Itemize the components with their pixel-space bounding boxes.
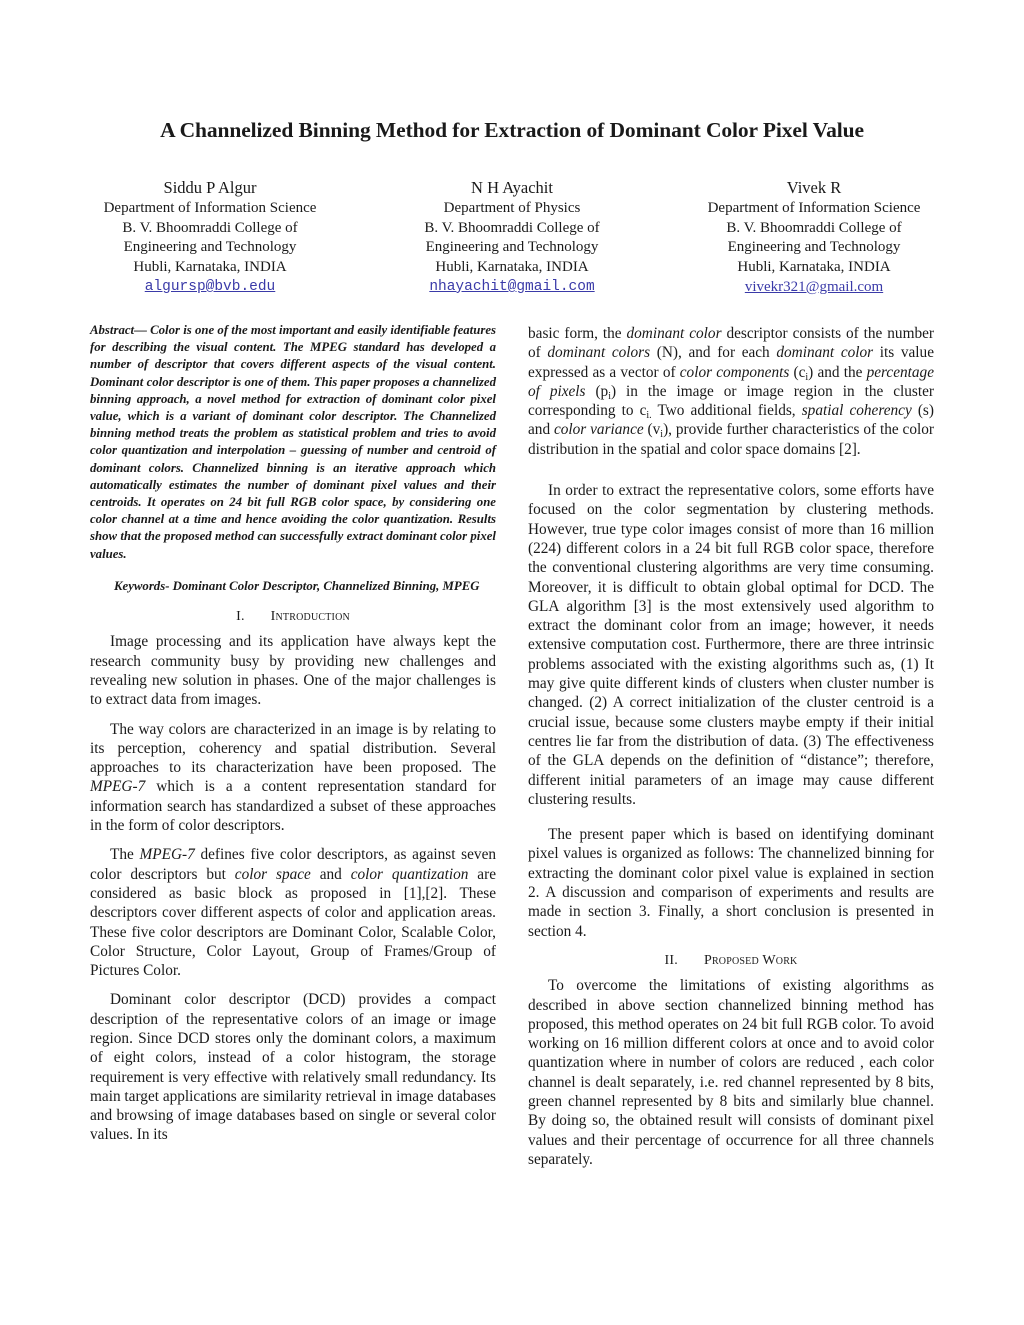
text-run: and — [311, 866, 351, 883]
text-run: which is a a content representation stan… — [90, 778, 496, 834]
author-email-link[interactable]: vivekr321@gmail.com — [664, 278, 964, 298]
text-run: basic form, the — [528, 325, 627, 342]
author-name: Siddu P Algur — [60, 176, 360, 199]
section-heading-proposed-work: II.Proposed Work — [528, 951, 934, 970]
emphasis: spatial coherency — [802, 402, 912, 419]
emphasis: MPEG-7 — [90, 778, 145, 795]
left-column: Abstract— Color is one of the most impor… — [90, 322, 496, 1155]
author-location: Hubli, Karnataka, INDIA — [60, 258, 360, 278]
intro-paragraph-3: The MPEG-7 defines five color descriptor… — [90, 845, 496, 980]
author-department: Department of Information Science — [664, 199, 964, 219]
author-college-2: Engineering and Technology — [60, 238, 360, 258]
keywords: Keywords- Dominant Color Descriptor, Cha… — [90, 578, 496, 595]
author-college: B. V. Bhoomraddi College of — [60, 219, 360, 239]
text-run: Two additional fields, — [652, 402, 802, 419]
author-college-2: Engineering and Technology — [664, 238, 964, 258]
emphasis: color variance — [554, 421, 644, 438]
text-run: (c — [789, 364, 805, 381]
author-college: B. V. Bhoomraddi College of — [664, 219, 964, 239]
author-college-2: Engineering and Technology — [362, 238, 662, 258]
intro-paragraph-4-continued: basic form, the dominant color descripto… — [528, 324, 934, 459]
paper-title: A Channelized Binning Method for Extract… — [0, 118, 1024, 143]
author-block: Siddu P Algur Department of Information … — [60, 176, 964, 298]
intro-paragraph-5: In order to extract the representative c… — [528, 481, 934, 809]
section-heading-introduction: I.Introduction — [90, 607, 496, 626]
author-2: N H Ayachit Department of Physics B. V. … — [362, 176, 662, 298]
emphasis: dominant color — [627, 325, 722, 342]
author-location: Hubli, Karnataka, INDIA — [664, 258, 964, 278]
intro-paragraph-1: Image processing and its application hav… — [90, 632, 496, 709]
text-run: The — [110, 846, 140, 863]
section-title: Introduction — [271, 609, 350, 624]
author-name: Vivek R — [664, 176, 964, 199]
emphasis: MPEG-7 — [140, 846, 195, 863]
text-run: (N), and for each — [650, 344, 776, 361]
author-email-link[interactable]: nhayachit@gmail.com — [362, 278, 662, 298]
emphasis: color quantization — [351, 866, 469, 883]
abstract: Abstract— Color is one of the most impor… — [90, 322, 496, 563]
author-name: N H Ayachit — [362, 176, 662, 199]
author-department: Department of Physics — [362, 199, 662, 219]
text-run: The way colors are characterized in an i… — [90, 721, 496, 777]
author-location: Hubli, Karnataka, INDIA — [362, 258, 662, 278]
proposed-work-paragraph-1: To overcome the limitations of existing … — [528, 976, 934, 1169]
author-1: Siddu P Algur Department of Information … — [60, 176, 360, 298]
emphasis: dominant color — [776, 344, 873, 361]
author-department: Department of Information Science — [60, 199, 360, 219]
text-run: ) and the — [808, 364, 866, 381]
text-run: (p — [586, 383, 609, 400]
intro-paragraph-4: Dominant color descriptor (DCD) provides… — [90, 990, 496, 1144]
intro-paragraph-6: The present paper which is based on iden… — [528, 825, 934, 941]
author-college: B. V. Bhoomraddi College of — [362, 219, 662, 239]
section-number: I. — [236, 609, 245, 624]
author-email-link[interactable]: algursp@bvb.edu — [60, 278, 360, 298]
intro-paragraph-2: The way colors are characterized in an i… — [90, 720, 496, 836]
emphasis: dominant colors — [547, 344, 650, 361]
section-title: Proposed Work — [704, 953, 798, 968]
author-3: Vivek R Department of Information Scienc… — [664, 176, 964, 298]
emphasis: color components — [680, 364, 790, 381]
text-run: (v — [644, 421, 661, 438]
emphasis: color space — [235, 866, 311, 883]
section-number: II. — [665, 953, 678, 968]
right-column: basic form, the dominant color descripto… — [528, 324, 934, 1179]
